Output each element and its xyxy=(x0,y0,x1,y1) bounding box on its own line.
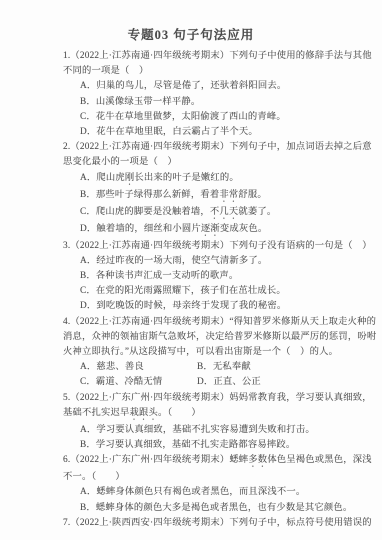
question-1-option-D: D．花牛在草地里眠，白云霸占了半个天。 xyxy=(63,125,356,140)
question-2-option-A: A．爬山虎刚长出来的叶子是嫩红的。 xyxy=(63,171,356,188)
question-4-options: A．慈悲、善良B．无私奉献C．霸道、冷酷无情D．正直、公正 xyxy=(63,360,356,390)
question-4-option-D: D．正直、公正 xyxy=(197,375,356,390)
question-2-option-C: C．爬山虎的脚要是没触着墙，不几天就萎了。 xyxy=(63,205,356,222)
emphasized-word: 刚 xyxy=(125,173,135,183)
question-5-stem-line-2: 基础不扎实迟早栽跟头。（ ） xyxy=(63,406,356,423)
text-segment: 舒服。 xyxy=(238,190,267,200)
text-segment: 霸道、冷酷无情 xyxy=(96,377,162,387)
question-4-option-B: B．无私奉献 xyxy=(197,360,356,375)
text-segment: 触着墙的，细丝和小圆片 xyxy=(96,224,200,234)
text-segment: 正直、公正 xyxy=(213,377,261,387)
question-3-option-B: B．各种读书声汇成一支动听的歌声。 xyxy=(63,269,356,284)
question-2-stem-line-2: 思变化最小的一项是（ ） xyxy=(63,155,356,170)
text-segment: 花牛在草地里做梦，太阳偷渡了西山的青峰。 xyxy=(96,112,286,122)
question-1-stem-line-2: 不同的一项是（ ） xyxy=(63,64,356,79)
question-2-stem-line-1: 2.（2022上·江苏南通·四年级统考期末）下列句子中，加点词语去掉之后意 xyxy=(63,140,356,155)
text-segment: 就萎了。 xyxy=(238,207,276,217)
question-4-stem-line-2: 消息，众神的领袖宙斯气急败坏，决定给普罗米修斯以最严厉的惩罚，吩咐 xyxy=(63,330,356,345)
question-1-option-A: A．归巢的鸟儿，尽管是倦了，还驮着斜阳回去。 xyxy=(63,79,356,94)
question-4-option-A: A．慈悲、善良 xyxy=(80,360,197,375)
question-2-option-D: D．触着墙的，细丝和小圆片逐渐变成灰色。 xyxy=(63,222,356,239)
emphasized-word: 多数 xyxy=(248,455,267,465)
question-1-stem-line-1: 1.（2022上·江苏南通·四年级统考期末）下列句子中使用的修辞手法与其他 xyxy=(63,49,356,64)
text-segment: 基础不扎实迟早 xyxy=(63,408,129,418)
question-6-stem-line-2: 不一。（ ） xyxy=(63,470,356,485)
text-segment: 爬山虎 xyxy=(96,173,125,183)
question-3: 3.（2022上·江苏南通·四年级统考期末）下列句子没有语病的一句是（ ）A．经… xyxy=(63,239,356,315)
text-segment: 无私奉献 xyxy=(213,362,251,372)
question-7: 7.（2022上·陕西西安·四年级统考期末）下列句子中，标点符号使用错误的 xyxy=(63,516,356,531)
question-6-option-B: B．蟋蟀身体的颜色大多是褐色或者黑色，也有少数是其它颜色。 xyxy=(63,501,356,516)
question-5-option-B: B．学习要认真细致，基础不扎实走路都容易摔跤。 xyxy=(63,438,356,453)
emphasized-word: 逐渐 xyxy=(201,224,220,234)
text-segment: 6.（2022上·广东广州·四年级统考期末）蟋蟀 xyxy=(63,455,248,465)
document-title: 专题03 句子句法应用 xyxy=(0,25,382,43)
question-4-stem-line-1: 4.（2022上·江苏南通·四年级统考期末）“得知普罗米修斯从天上取走火种的 xyxy=(63,315,356,330)
question-3-stem-line-1: 3.（2022上·江苏南通·四年级统考期末）下列句子没有语病的一句是（ ） xyxy=(63,239,356,254)
text-segment: 那些叶子绿得那么新鲜，看着 xyxy=(96,190,219,200)
worksheet-page: 专题03 句子句法应用 1.（2022上·江苏南通·四年级统考期末）下列句子中使… xyxy=(0,0,382,540)
document-body: 1.（2022上·江苏南通·四年级统考期末）下列句子中使用的修辞手法与其他不同的… xyxy=(63,49,356,531)
text-segment: 。（ ） xyxy=(158,408,201,418)
text-segment: 各种读书声汇成一支动听的歌声。 xyxy=(96,271,238,281)
question-1-option-C: C．花牛在草地里做梦，太阳偷渡了西山的青峰。 xyxy=(63,110,356,125)
question-3-option-D: D．到吃晚饭的时候，母亲终于发现了我的秘密。 xyxy=(63,299,356,314)
text-segment: 变成灰色。 xyxy=(220,224,268,234)
text-segment: 归巢的鸟儿，尽管是倦了，还驮着斜阳回去。 xyxy=(96,81,286,91)
question-6-option-A: A．蟋蟀身体颜色只有褐色或者黑色，而且深浅不一。 xyxy=(63,485,356,500)
text-segment: 在党的阳光雨露照耀下，孩子们在茁壮成长。 xyxy=(96,286,286,296)
text-segment: 花牛在草地里眠，白云霸占了半个天。 xyxy=(96,127,257,137)
question-7-stem-line-1: 7.（2022上·陕西西安·四年级统考期末）下列句子中，标点符号使用错误的 xyxy=(63,516,356,531)
text-segment: 到吃晚饭的时候，母亲终于发现了我的秘密。 xyxy=(96,301,286,311)
text-segment: 慈悲、善良 xyxy=(96,362,144,372)
question-6-stem-line-1: 6.（2022上·广东广州·四年级统考期末）蟋蟀多数体色呈褐色或黑色，深浅 xyxy=(63,453,356,470)
question-1-option-B: B．山溪像绿玉带一样平静。 xyxy=(63,95,356,110)
text-segment: 爬山虎的脚要是没触着墙， xyxy=(96,207,210,217)
question-2-option-B: B．那些叶子绿得那么新鲜，看着非常舒服。 xyxy=(63,188,356,205)
text-segment: 长出来的叶子是嫩红的。 xyxy=(134,173,238,183)
question-5-stem-line-1: 5.（2022上·广东广州·四年级统考期末）妈妈常教育我，学习要认真细致， xyxy=(63,391,356,406)
text-segment: 山溪像绿玉带一样平静。 xyxy=(96,97,200,107)
emphasized-word: 不几天 xyxy=(210,207,239,217)
question-5-option-A: A．学习要认真细致，基础不扎实容易遭到失败和打击。 xyxy=(63,423,356,438)
text-segment: 蟋蟀身体的颜色大多是褐色或者黑色，也有少数是其它颜色。 xyxy=(96,503,352,513)
question-4-option-C: C．霸道、冷酷无情 xyxy=(80,375,197,390)
question-1: 1.（2022上·江苏南通·四年级统考期末）下列句子中使用的修辞手法与其他不同的… xyxy=(63,49,356,140)
question-3-option-A: A．经过昨夜的一场大雨，使空气清新多了。 xyxy=(63,254,356,269)
question-4-stem-line-3: 火神立即执行。”从这段描写中，可以看出宙斯是一个（ ）的人。 xyxy=(63,345,356,360)
text-segment: 学习要认真细致，基础不扎实容易遭到失败和打击。 xyxy=(96,425,314,435)
question-6: 6.（2022上·广东广州·四年级统考期末）蟋蟀多数体色呈褐色或黑色，深浅不一。… xyxy=(63,453,356,516)
question-3-option-C: C．在党的阳光雨露照耀下，孩子们在茁壮成长。 xyxy=(63,284,356,299)
text-segment: 学习要认真细致，基础不扎实走路都容易摔跤。 xyxy=(96,440,295,450)
emphasized-word: 栽跟头 xyxy=(129,408,158,418)
text-segment: 蟋蟀身体颜色只有褐色或者黑色，而且深浅不一。 xyxy=(96,487,305,497)
question-2: 2.（2022上·江苏南通·四年级统考期末）下列句子中，加点词语去掉之后意思变化… xyxy=(63,140,356,238)
text-segment: 经过昨夜的一场大雨，使空气清新多了。 xyxy=(96,256,267,266)
emphasized-word: 非常 xyxy=(219,190,238,200)
question-5: 5.（2022上·广东广州·四年级统考期末）妈妈常教育我，学习要认真细致，基础不… xyxy=(63,391,356,454)
question-4: 4.（2022上·江苏南通·四年级统考期末）“得知普罗米修斯从天上取走火种的消息… xyxy=(63,315,356,391)
text-segment: 体色呈褐色或黑色，深浅 xyxy=(267,455,371,465)
